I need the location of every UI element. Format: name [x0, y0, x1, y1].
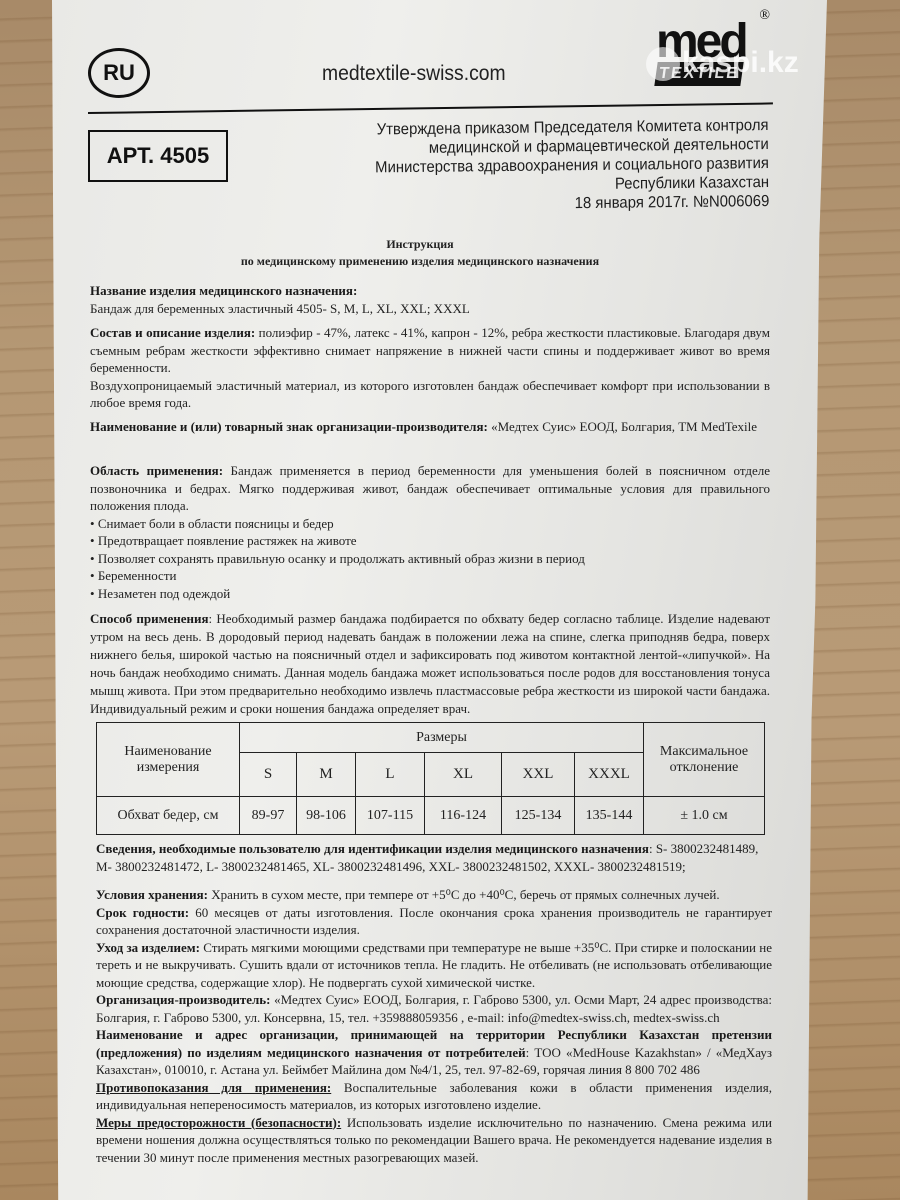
- section-composition: Состав и описание изделия: полиэфир - 47…: [90, 324, 770, 412]
- row-label: Обхват бедер, см: [97, 797, 240, 835]
- section-label: Наименование и (или) товарный знак орган…: [90, 419, 488, 434]
- size-header: XXXL: [575, 753, 644, 797]
- size-value: 116-124: [425, 797, 502, 835]
- size-value: 89-97: [240, 797, 297, 835]
- website-url: medtextile-swiss.com: [322, 62, 506, 86]
- size-value: 135-144: [575, 797, 644, 835]
- document-title: Инструкция по медицинскому применению из…: [90, 236, 750, 270]
- section-application-area: Область применения: Бандаж применяется в…: [90, 462, 770, 602]
- section-text: : Необходимый размер бандажа подбирается…: [90, 611, 770, 716]
- header-sizes: Размеры: [240, 723, 644, 753]
- section-text: «Медтех Суис» ЕООД, Болгария, ТМ MedTexi…: [488, 419, 757, 434]
- watermark-text: kaspi.kz: [682, 46, 799, 79]
- deviation-value: ± 1.0 см: [644, 797, 765, 835]
- registered-icon: ®: [759, 8, 770, 24]
- section-label: Название изделия медицинского назначения…: [90, 283, 357, 298]
- section-label: Способ применения: [90, 611, 209, 626]
- approval-notice: Утверждена приказом Председателя Комитет…: [374, 116, 769, 215]
- size-header: S: [240, 753, 297, 797]
- size-value: 98-106: [297, 797, 356, 835]
- section-label: Область применения:: [90, 463, 223, 478]
- size-value: 125-134: [502, 797, 575, 835]
- list-item: Беременности: [90, 567, 770, 585]
- language-badge: RU: [88, 48, 150, 98]
- size-table: Наименование измерения Размеры Максималь…: [96, 722, 765, 835]
- size-header: XL: [425, 753, 502, 797]
- article-number-box: АРТ. 4505: [88, 130, 228, 182]
- size-value: 107-115: [356, 797, 425, 835]
- table-row: Обхват бедер, см 89-97 98-106 107-115 11…: [97, 797, 765, 835]
- size-header: M: [297, 753, 356, 797]
- kaspi-watermark: kaspi.kz: [646, 46, 799, 81]
- section-label: Срок годности:: [96, 905, 189, 920]
- title-line-2: по медицинскому применению изделия медиц…: [90, 253, 750, 270]
- title-line-1: Инструкция: [90, 236, 750, 253]
- kaspi-logo-icon: [646, 47, 680, 81]
- section-product-name: Название изделия медицинского назначения…: [90, 282, 770, 317]
- section-label: Меры предосторожности (безопасности):: [96, 1115, 341, 1130]
- section-manufacturer-trademark: Наименование и (или) товарный знак орган…: [90, 418, 770, 436]
- section-text: 60 месяцев от даты изготовления. После о…: [96, 905, 772, 938]
- list-item: Незаметен под одеждой: [90, 585, 770, 603]
- section-identification: Сведения, необходимые пользователю для и…: [96, 840, 772, 875]
- section-usage: Способ применения: Необходимый размер ба…: [90, 610, 770, 718]
- size-header: XXL: [502, 753, 575, 797]
- section-text: Хранить в сухом месте, при темпере от +5…: [208, 887, 720, 902]
- section-label: Уход за изделием:: [96, 940, 200, 955]
- section-label: Состав и описание изделия:: [90, 325, 255, 340]
- section-storage-care: Условия хранения: Хранить в сухом месте,…: [96, 886, 772, 1166]
- section-text: Воздухопроницаемый эластичный материал, …: [90, 378, 770, 411]
- header-deviation: Максимальное отклонение: [644, 723, 765, 797]
- section-label: Сведения, необходимые пользователю для и…: [96, 841, 649, 856]
- section-text: Бандаж для беременных эластичный 4505- S…: [90, 301, 470, 316]
- list-item: Позволяет сохранять правильную осанку и …: [90, 550, 770, 568]
- benefits-list: Снимает боли в области поясницы и бедер …: [90, 515, 770, 603]
- section-label: Условия хранения:: [96, 887, 208, 902]
- size-header: L: [356, 753, 425, 797]
- list-item: Снимает боли в области поясницы и бедер: [90, 515, 770, 533]
- list-item: Предотвращает появление растяжек на живо…: [90, 532, 770, 550]
- header-measure: Наименование измерения: [97, 723, 240, 797]
- section-label: Организация-производитель:: [96, 992, 271, 1007]
- section-label: Противопоказания для применения:: [96, 1080, 331, 1095]
- size-table-container: Наименование измерения Размеры Максималь…: [96, 722, 765, 835]
